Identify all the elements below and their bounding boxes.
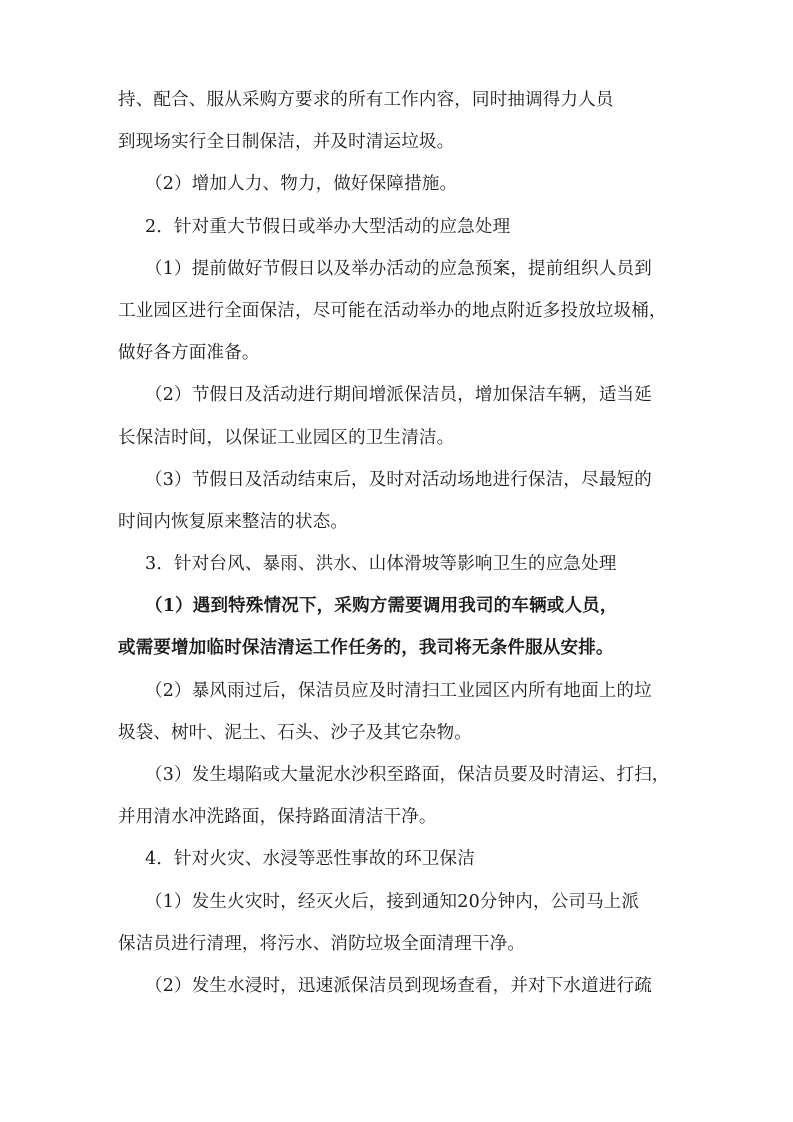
section-heading: 3．针对台风、暴雨、洪水、山体滑坡等影响卫生的应急处理 [118,552,678,594]
paragraph-line: 长保洁时间，以保证工业园区的卫生清洁。 [118,426,678,468]
paragraph-line: 时间内恢复原来整洁的状态。 [118,510,678,552]
paragraph-line: 工业园区进行全面保洁，尽可能在活动举办的地点附近多投放垃圾桶， [118,299,678,341]
paragraph-line: 持、配合、服从采购方要求的所有工作内容，同时抽调得力人员 [118,88,678,130]
list-item: （2）发生水浸时，迅速派保洁员到现场查看，并对下水道进行疏 [118,974,678,1016]
section-heading: 2．针对重大节假日或举办大型活动的应急处理 [118,215,678,257]
list-item: （1）提前做好节假日以及举办活动的应急预案，提前组织人员到 [118,257,678,299]
list-item: （3）发生塌陷或大量泥水沙积至路面，保洁员要及时清运、打扫， [118,763,678,805]
list-item: （3）节假日及活动结束后，及时对活动场地进行保洁，尽最短的 [118,468,678,510]
paragraph-line: 做好各方面准备。 [118,341,678,383]
document-page: 持、配合、服从采购方要求的所有工作内容，同时抽调得力人员 到现场实行全日制保洁，… [118,88,678,1016]
bold-paragraph-line: 或需要增加临时保洁清运工作任务的，我司将无条件服从安排。 [118,636,678,678]
bold-list-item: （1）遇到特殊情况下，采购方需要调用我司的车辆或人员， [118,594,678,636]
list-item: （2）增加人力、物力，做好保障措施。 [118,172,678,214]
section-heading: 4．针对火灾、水浸等恶性事故的环卫保洁 [118,847,678,889]
list-item: （2）节假日及活动进行期间增派保洁员，增加保洁车辆，适当延 [118,383,678,425]
paragraph-line: 并用清水冲洗路面，保持路面清洁干净。 [118,805,678,847]
paragraph-line: 到现场实行全日制保洁，并及时清运垃圾。 [118,130,678,172]
paragraph-line: 圾袋、树叶、泥土、石头、沙子及其它杂物。 [118,721,678,763]
list-item: （1）发生火灾时，经灭火后，接到通知20分钟内，公司马上派 [118,890,678,932]
paragraph-line: 保洁员进行清理，将污水、消防垃圾全面清理干净。 [118,932,678,974]
list-item: （2）暴风雨过后，保洁员应及时清扫工业园区内所有地面上的垃 [118,679,678,721]
